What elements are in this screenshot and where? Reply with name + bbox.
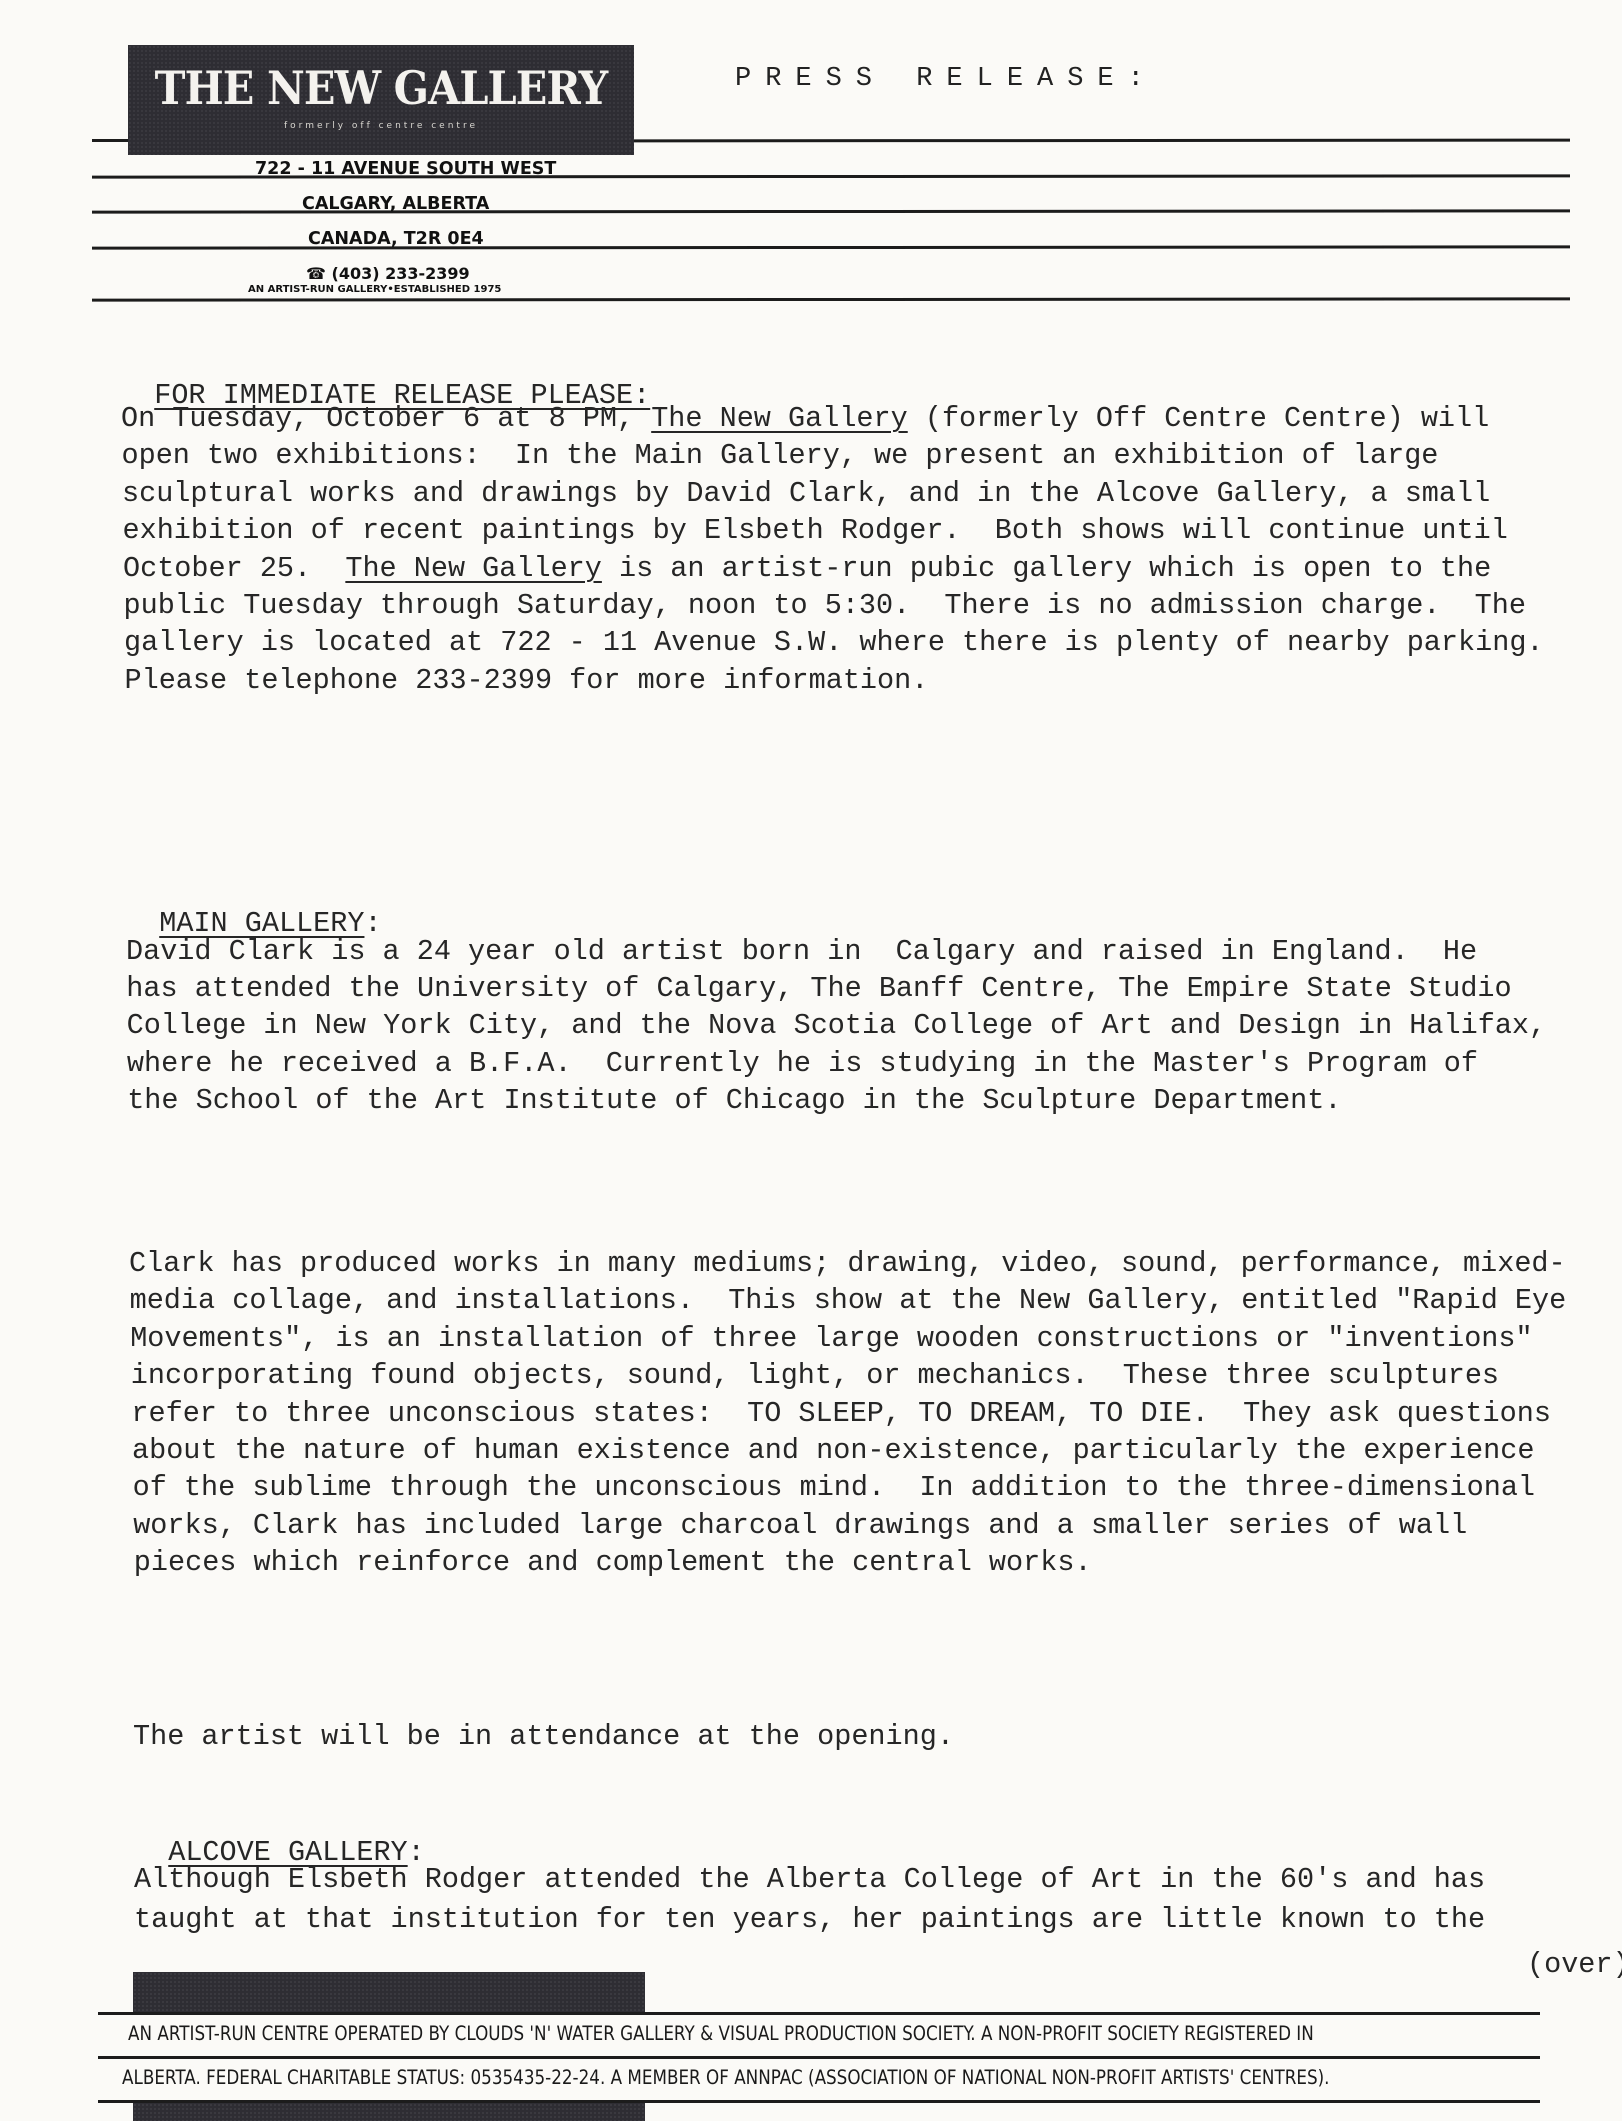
header-rule: [92, 297, 1570, 301]
footer-line-1: AN ARTIST-RUN CENTRE OPERATED BY CLOUDS …: [128, 2022, 1314, 2045]
document-type: PRESS RELEASE:: [735, 64, 1158, 94]
address-country: CANADA, T2R 0E4: [308, 229, 484, 249]
continuation-note: (over): [1527, 1948, 1622, 1981]
text-line: Clark has produced works in many mediums…: [129, 1250, 1566, 1279]
text-line: open two exhibitions: In the Main Galler…: [122, 442, 1439, 471]
address-city: CALGARY, ALBERTA: [302, 194, 489, 214]
text-line: public Tuesday through Saturday, noon to…: [124, 592, 1526, 621]
text-line: pieces which reinforce and complement th…: [134, 1549, 1092, 1578]
text-line: where he received a B.F.A. Currently he …: [127, 1050, 1478, 1079]
footer-line-2: ALBERTA. FEDERAL CHARITABLE STATUS: 0535…: [122, 2066, 1329, 2089]
text-line: has attended the University of Calgary, …: [126, 975, 1511, 1004]
text-line: the School of the Art Institute of Chica…: [127, 1087, 1341, 1116]
gallery-tagline: formerly off centre centre: [128, 121, 634, 131]
text-line: exhibition of recent paintings by Elsbet…: [123, 517, 1508, 546]
text-line: College in New York City, and the Nova S…: [127, 1012, 1547, 1041]
alcove-gallery-heading: ALCOVE GALLERY:: [134, 1810, 425, 1867]
address-street: 722 - 11 AVENUE SOUTH WEST: [255, 159, 556, 179]
text-line: about the nature of human existence and …: [132, 1437, 1534, 1466]
header-rule: [634, 139, 1570, 143]
phone-number: (403) 233-2399: [332, 264, 470, 283]
gallery-descriptor: AN ARTIST-RUN GALLERY•ESTABLISHED 1975: [248, 284, 501, 295]
main-gallery-heading: MAIN GALLERY:: [125, 881, 382, 938]
text-line: gallery is located at 722 - 11 Avenue S.…: [124, 629, 1544, 658]
footer-rule: [98, 2012, 1540, 2015]
text-line: incorporating found objects, sound, ligh…: [131, 1362, 1499, 1391]
text-line: Movements", is an installation of three …: [130, 1325, 1532, 1354]
telephone-icon: ☎: [306, 264, 326, 283]
gallery-name-underlined: The New Gallery: [345, 552, 602, 585]
text-line: of the sublime through the unconscious m…: [133, 1474, 1535, 1503]
text-line: Please telephone 233-2399 for more infor…: [125, 667, 929, 696]
text-line: media collage, and installations. This s…: [130, 1287, 1567, 1316]
text-line: October 25. The New Gallery is an artist…: [123, 555, 1491, 584]
footer-bar-bottom: [133, 2103, 645, 2121]
main-gallery-paragraph-3: The artist will be in attendance at the …: [133, 1723, 954, 1752]
text-line: sculptural works and drawings by David C…: [122, 480, 1490, 509]
footer-rule: [98, 2056, 1540, 2059]
header-rule: [92, 139, 128, 142]
text-line: taught at that institution for ten years…: [134, 1906, 1485, 1935]
text-line: David Clark is a 24 year old artist born…: [126, 938, 1477, 967]
footer-bar-top: [133, 1972, 645, 2013]
text-line: refer to three unconscious states: TO SL…: [131, 1400, 1551, 1429]
gallery-name-underlined: The New Gallery: [651, 402, 908, 435]
text-line: On Tuesday, October 6 at 8 PM, The New G…: [121, 405, 1489, 434]
phone-number-row: ☎ (403) 233-2399: [306, 264, 470, 283]
gallery-name: THE NEW GALLERY: [153, 61, 608, 115]
text-line: Although Elsbeth Rodger attended the Alb…: [134, 1866, 1485, 1895]
text-line: works, Clark has included large charcoal…: [133, 1512, 1467, 1541]
gallery-logo: THE NEW GALLERY formerly off centre cent…: [128, 45, 634, 155]
